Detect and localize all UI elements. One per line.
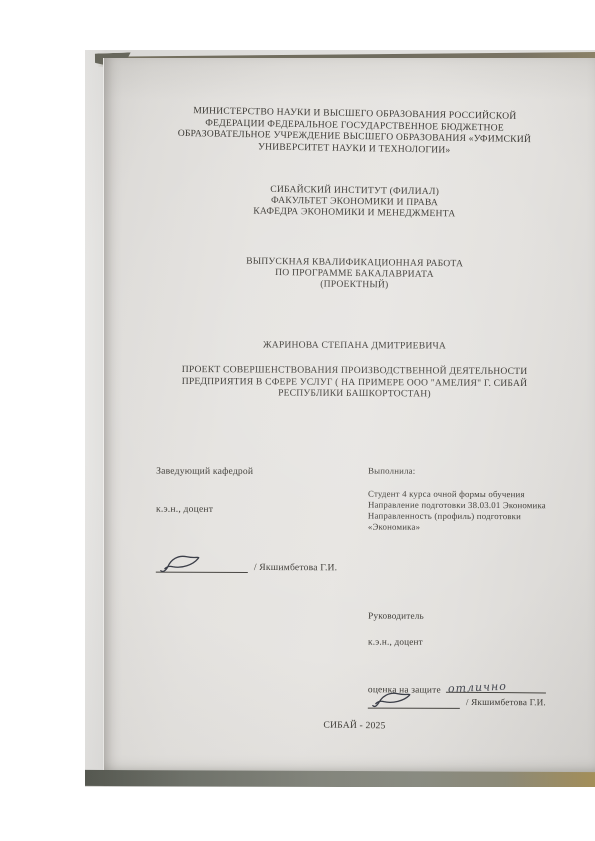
thesis-title-page: МИНИСТЕРСТВО НАУКИ И ВЫСШЕГО ОБРАЗОВАНИЯ… (103, 58, 595, 775)
defense-grade-field: отлично (446, 678, 546, 694)
thesis-title: ПРОЕКТ СОВЕРШЕНСТВОВАНИЯ ПРОИЗВОДСТВЕННО… (114, 364, 595, 402)
supervisor-role: Руководитель (368, 610, 588, 624)
institute-block: СИБАЙСКИЙ ИНСТИТУТ (ФИЛИАЛ) ФАКУЛЬТЕТ ЭК… (114, 182, 595, 222)
defense-grade-label: оценка на защите (368, 685, 441, 696)
work-type-block: ВЫПУСКНАЯ КВАЛИФИКАЦИОННАЯ РАБОТА ПО ПРО… (114, 254, 595, 293)
performed-by-block: Выполнила: Студент 4 курса очной формы о… (368, 455, 588, 545)
screenshot-canvas: МИНИСТЕРСТВО НАУКИ И ВЫСШЕГО ОБРАЗОВАНИЯ… (0, 0, 595, 841)
ministry-header: МИНИСТЕРСТВО НАУКИ И ВЫСШЕГО ОБРАЗОВАНИЯ… (114, 104, 595, 159)
signature-ink-icon (158, 552, 206, 576)
performed-by-details: Студент 4 курса очной формы обучения Нап… (368, 488, 588, 534)
signature-name: / Якшимбетова Г.И. (466, 696, 546, 709)
desk-edge-bottom (85, 770, 595, 787)
head-of-department-degree: к.э.н., доцент (156, 504, 356, 516)
head-of-department-role: Заведующий кафедрой (156, 466, 356, 478)
defense-grade-block: оценка на защитеотлично (368, 667, 595, 697)
head-of-department-block: Заведующий кафедрой к.э.н., доцент / Якш… (156, 455, 356, 585)
head-of-department-signature-row: / Якшимбетова Г.И. (156, 552, 356, 574)
defense-grade-value: отлично (448, 680, 507, 696)
performed-by-label: Выполнила: (368, 466, 588, 478)
document-photo: МИНИСТЕРСТВО НАУКИ И ВЫСШЕГО ОБРАЗОВАНИЯ… (85, 50, 595, 787)
signature-name: / Якшимбетова Г.И. (254, 562, 337, 573)
author-name: ЖАРИНОВА СТЕПАНА ДМИТРИЕВИЧА (114, 339, 595, 353)
supervisor-degree: к.э.н., доцент (368, 636, 588, 650)
signature-field (156, 552, 248, 573)
supervisor-block: Руководитель к.э.н., доцент / Якшимбетов… (368, 597, 588, 723)
